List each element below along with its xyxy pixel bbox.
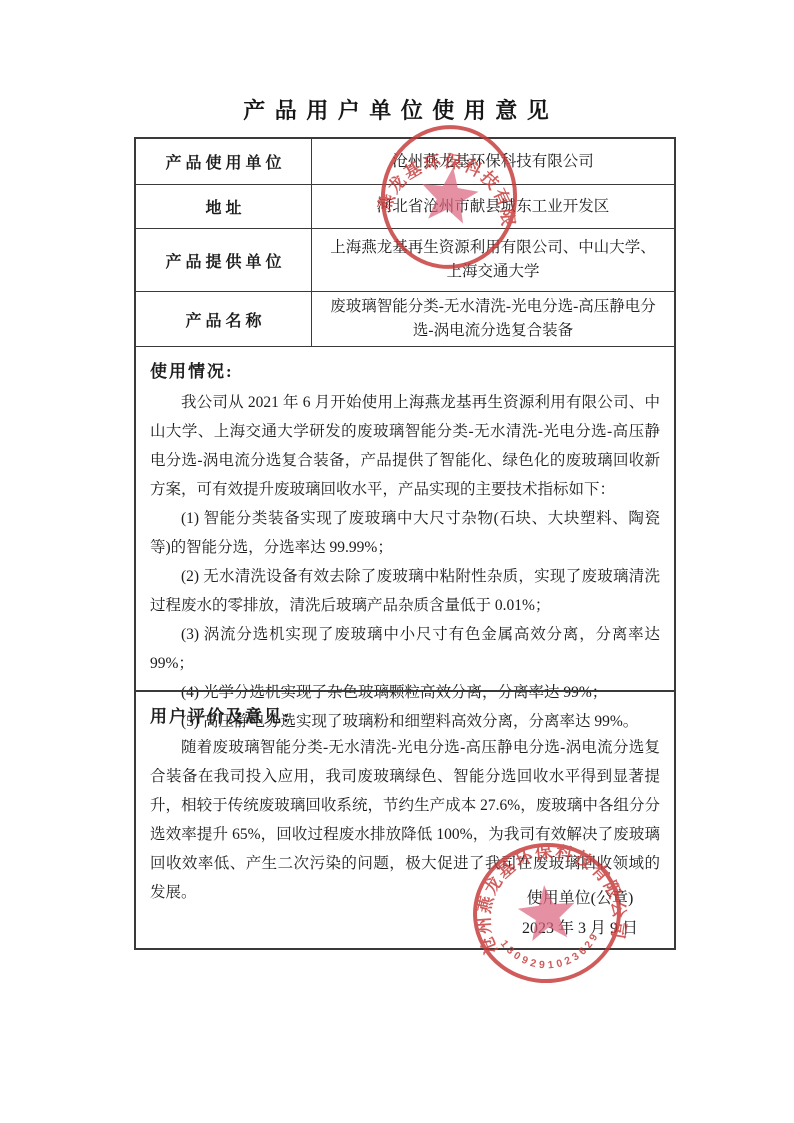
usage-item-2: (2) 无水清洗设备有效去除了废玻璃中粘附性杂质，实现了废玻璃清洗过程废水的零排… [150,562,660,620]
table-row: 地 址 河北省沧州市献县城东工业开发区 [136,185,674,229]
row-value-product-provider: 上海燕龙基再生资源利用有限公司、中山大学、上海交通大学 [312,229,674,291]
row-label-product-name: 产 品 名 称 [136,292,312,346]
page-title: 产 品 用 户 单 位 使 用 意 见 [0,94,794,125]
document-frame: 产 品 使 用 单 位 沧州燕龙基环保科技有限公司 地 址 河北省沧州市献县城东… [134,137,676,950]
usage-item-1: (1) 智能分类装备实现了废玻璃中大尺寸杂物(石块、大块塑料、陶瓷等)的智能分选… [150,504,660,562]
row-label-product-user-unit: 产 品 使 用 单 位 [136,139,312,184]
evaluation-heading: 用户评价及意见: [150,702,660,727]
row-value-product-name: 废玻璃智能分类-无水清洗-光电分选-高压静电分选-涡电流分选复合装备 [312,292,674,346]
table-row: 产 品 名 称 废玻璃智能分类-无水清洗-光电分选-高压静电分选-涡电流分选复合… [136,292,674,347]
usage-item-3: (3) 涡流分选机实现了废玻璃中小尺寸有色金属高效分离，分离率达 99%； [150,620,660,678]
row-label-address: 地 址 [136,185,312,228]
row-value-product-user-unit: 沧州燕龙基环保科技有限公司 [312,139,674,184]
document-page: 产 品 用 户 单 位 使 用 意 见 产 品 使 用 单 位 沧州燕龙基环保科… [0,0,794,1123]
signature-label: 使用单位(公章) [522,884,638,914]
signature-date: 2023 年 3 月 9 日 [522,914,638,944]
info-table: 产 品 使 用 单 位 沧州燕龙基环保科技有限公司 地 址 河北省沧州市献县城东… [136,139,674,347]
evaluation-section: 用户评价及意见: 随着废玻璃智能分类-无水清洗-光电分选-高压静电分选-涡电流分… [136,690,674,948]
table-row: 产 品 使 用 单 位 沧州燕龙基环保科技有限公司 [136,139,674,185]
row-value-address: 河北省沧州市献县城东工业开发区 [312,185,674,228]
evaluation-body: 随着废玻璃智能分类-无水清洗-光电分选-高压静电分选-涡电流分选复合装备在我司投… [150,733,660,907]
usage-intro: 我公司从 2021 年 6 月开始使用上海燕龙基再生资源利用有限公司、中山大学、… [150,388,660,504]
usage-heading: 使用情况: [150,357,660,382]
signature-block: 使用单位(公章) 2023 年 3 月 9 日 [522,884,638,944]
row-label-product-provider: 产 品 提 供 单 位 [136,229,312,291]
table-row: 产 品 提 供 单 位 上海燕龙基再生资源利用有限公司、中山大学、上海交通大学 [136,229,674,292]
usage-section: 使用情况: 我公司从 2021 年 6 月开始使用上海燕龙基再生资源利用有限公司… [136,347,674,690]
